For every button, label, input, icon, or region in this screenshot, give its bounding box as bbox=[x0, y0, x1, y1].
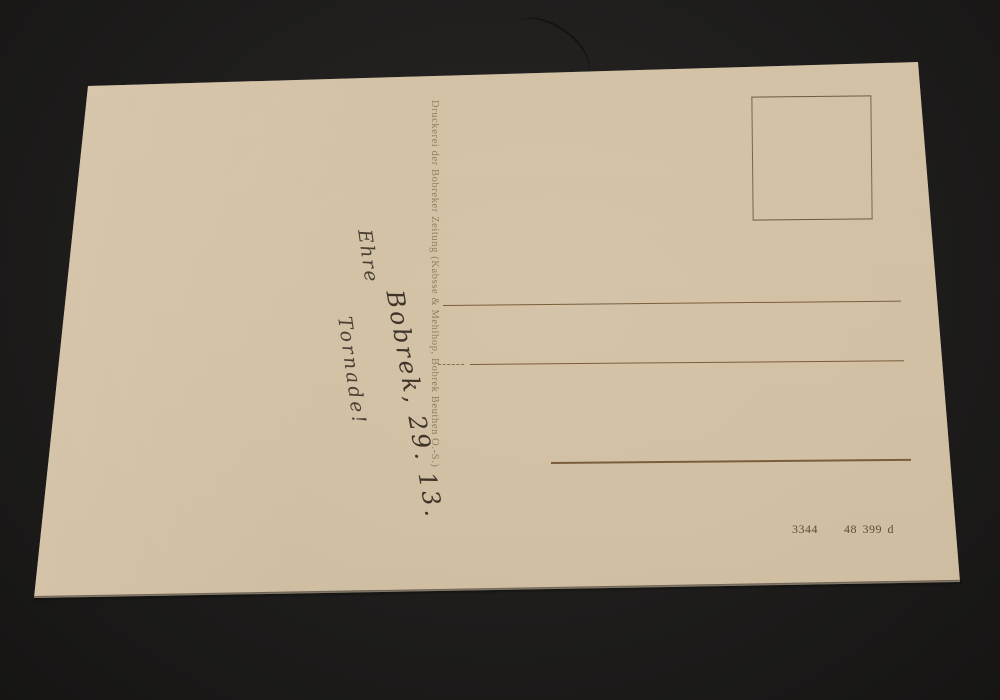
stamp-box bbox=[751, 95, 872, 220]
address-line-2-dash bbox=[438, 364, 464, 365]
catalog-number-2: 48 399 d bbox=[844, 522, 894, 536]
catalog-number-1: 3344 bbox=[792, 522, 818, 536]
photo-scene: Druckerei der Bobreker Zeitung (Kabsse &… bbox=[0, 0, 1000, 700]
printer-imprint: Druckerei der Bobreker Zeitung (Kabsse &… bbox=[429, 100, 440, 467]
catalog-numbers: 334448 399 d bbox=[792, 522, 920, 537]
